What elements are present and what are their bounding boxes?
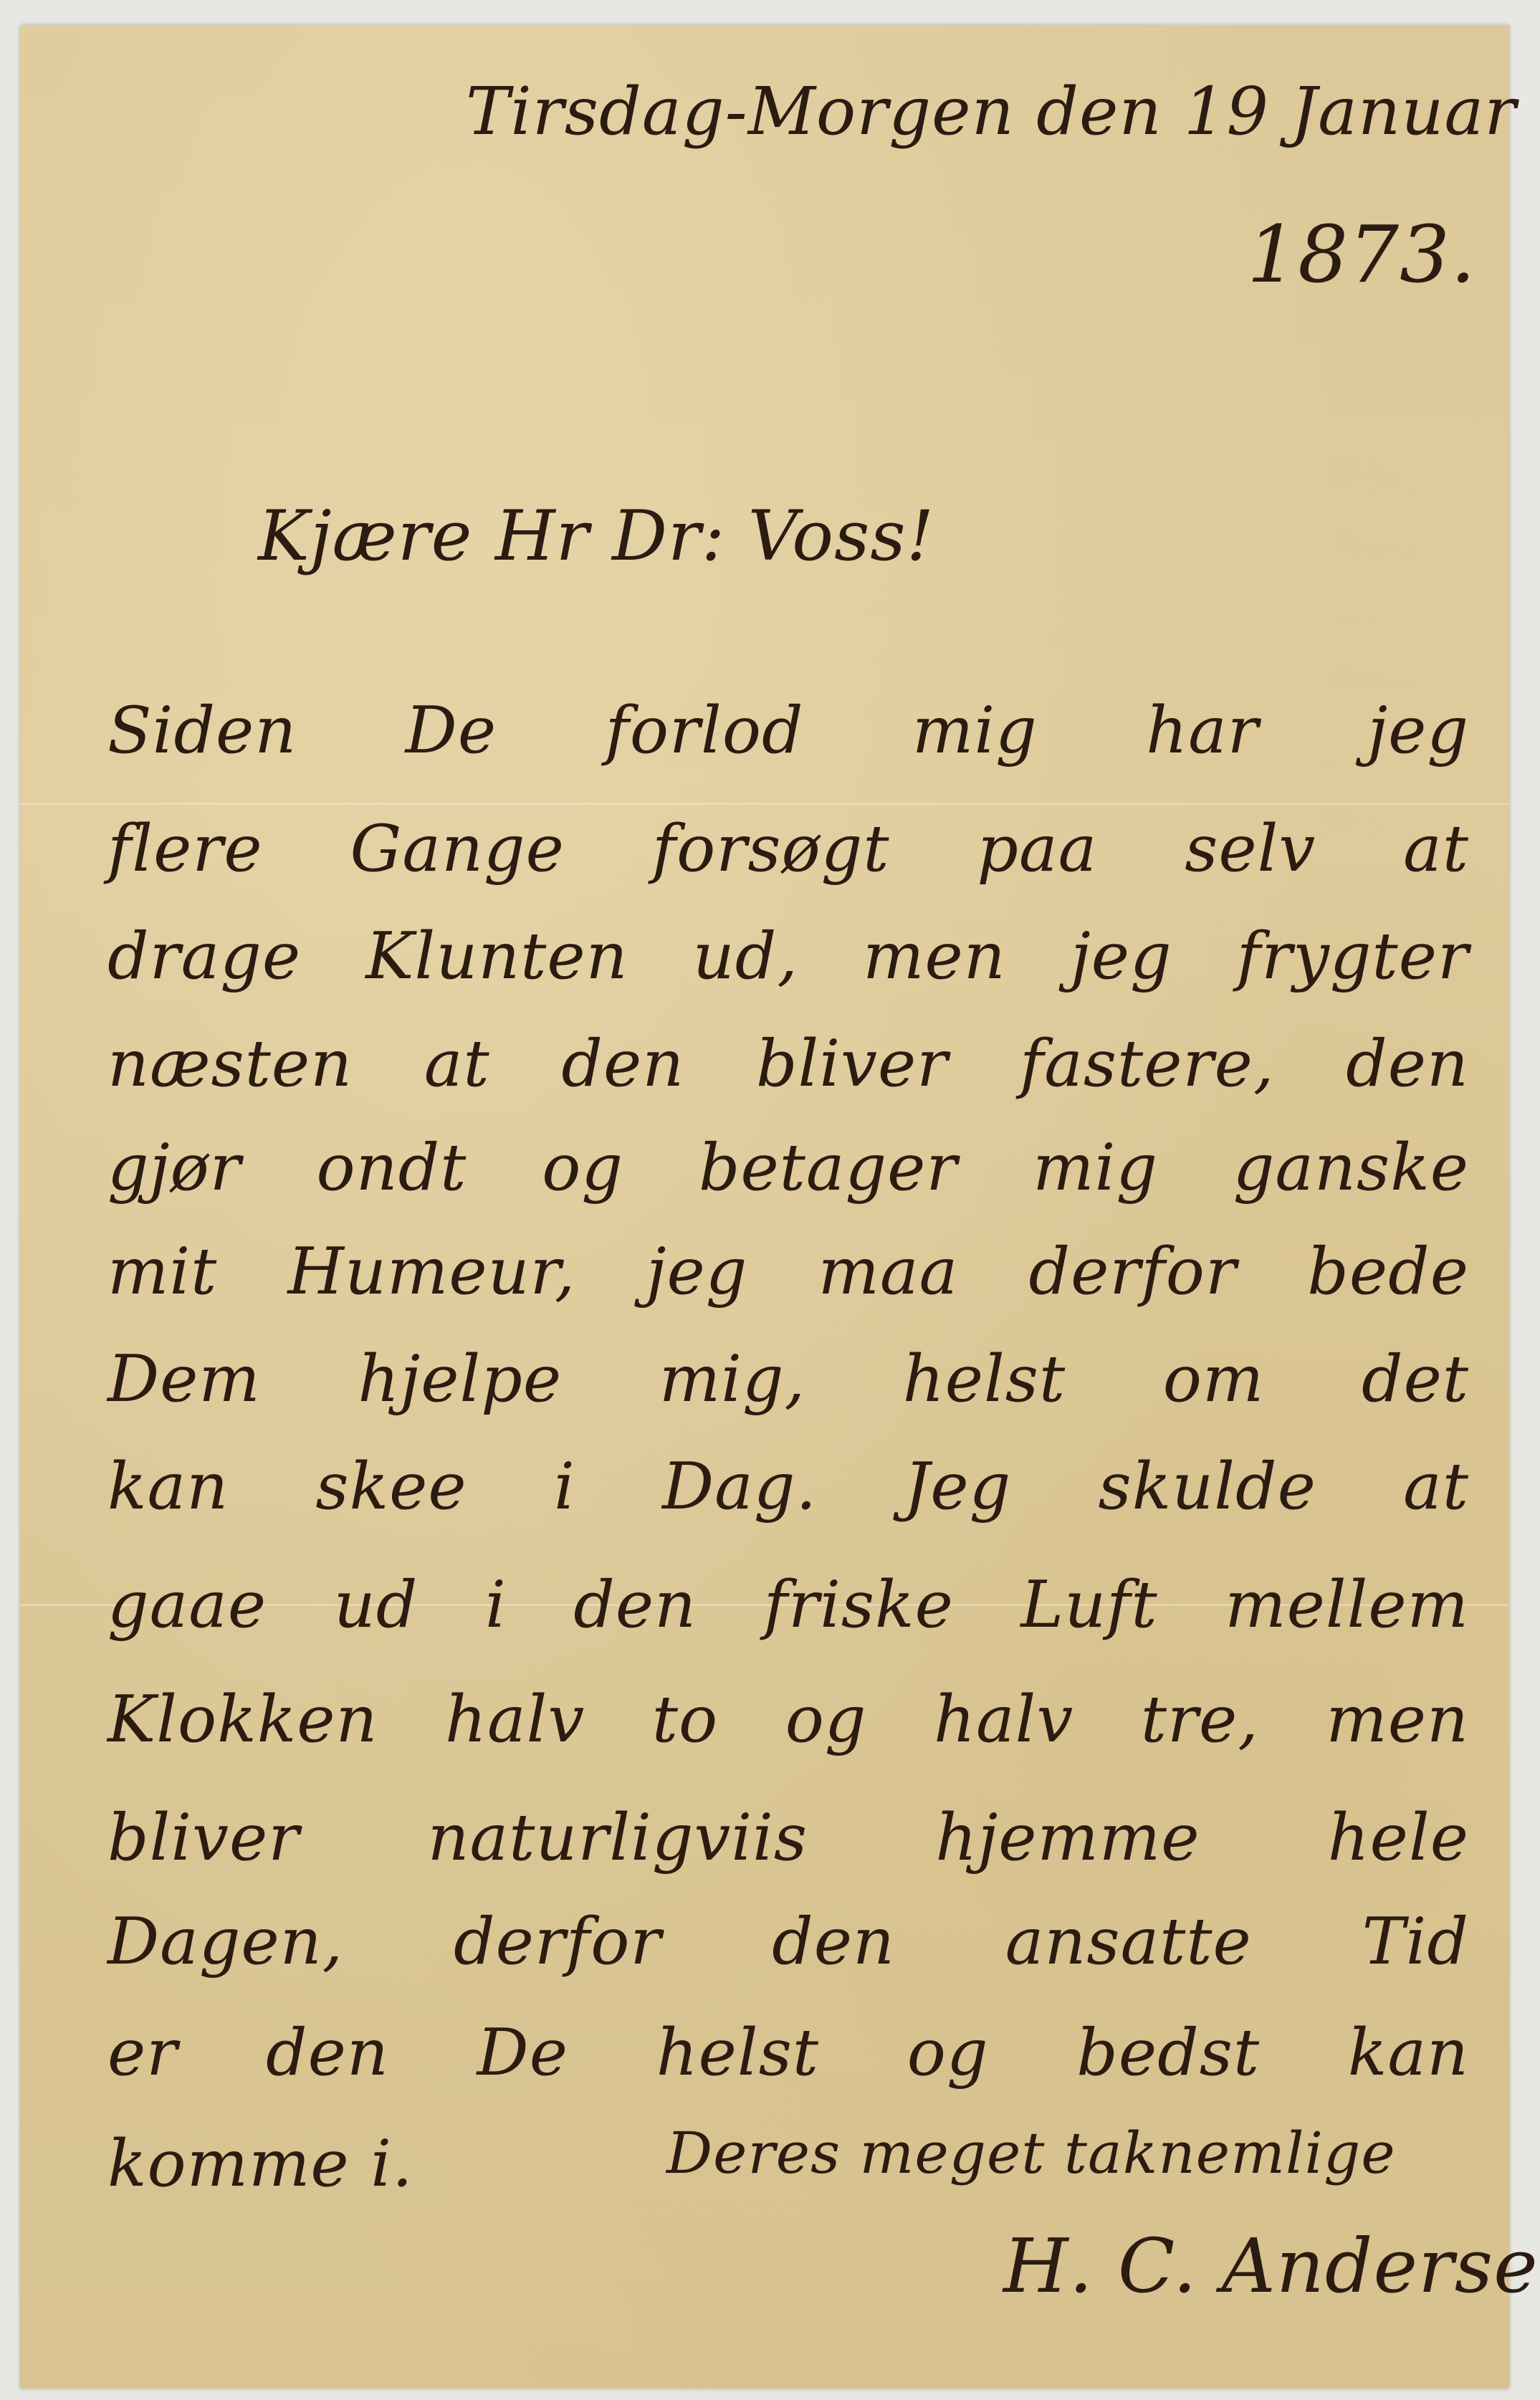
greeting: Kjære Hr Dr: Voss! <box>258 502 934 570</box>
body-line: kan skee i Dag. Jeg skulde at <box>107 1455 1469 1519</box>
body-line: Dagen, derfor den ansatte Tid <box>107 1910 1469 1974</box>
year: 1873. <box>1218 215 1476 294</box>
closing: Deres meget taknemlige <box>666 2125 1396 2182</box>
body-line: drage Klunten ud, men jeg frygter <box>107 924 1469 989</box>
date-line: Tirsdag-Morgen den 19 Januar <box>466 79 1476 145</box>
body-line: flere Gange forsøgt paa selv at <box>107 817 1469 881</box>
body-line: mit Humeur, jeg maa derfor bede <box>107 1240 1469 1304</box>
body-line: komme i. <box>107 2132 413 2196</box>
body-line: Klokken halv to og halv tre, men <box>107 1688 1469 1752</box>
body-line: bliver naturligviis hjemme hele <box>107 1806 1469 1870</box>
signature: H. C. Andersen <box>1003 2229 1540 2303</box>
body-line: Siden De forlod mig har jeg <box>107 699 1469 763</box>
fold-line-upper <box>20 803 1509 805</box>
body-line: er den De helst og bedst kan <box>107 2021 1469 2085</box>
body-line: gjør ondt og betager mig ganske <box>107 1136 1469 1200</box>
body-line: gaae ud i den friske Luft mellem <box>107 1573 1469 1638</box>
body-line: næsten at den bliver fastere, den <box>107 1032 1469 1096</box>
body-line: Dem hjelpe mig, helst om det <box>107 1347 1469 1412</box>
